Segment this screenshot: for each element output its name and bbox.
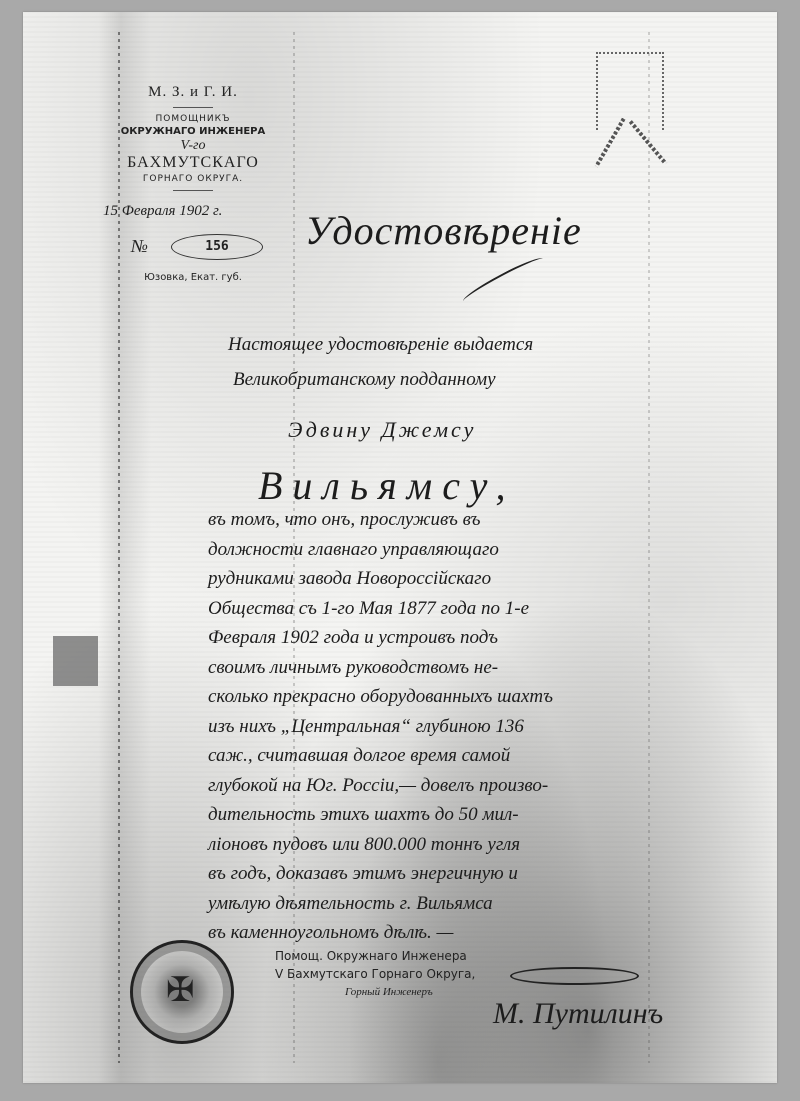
body-line: Общества съ 1-го Мая 1877 года по 1-е [208, 598, 529, 620]
document-number: № 156 [93, 234, 293, 260]
body-line: Февраля 1902 года и устроивъ подъ [208, 627, 498, 649]
signer-title: V Бахмутскаго Горнаго Округа, [275, 965, 475, 983]
divider [173, 190, 213, 191]
body-line: дительность этихъ шахтъ до 50 мил- [208, 804, 519, 826]
recipient-first-name: Эдвину Джемсу [288, 417, 476, 443]
body-line: сколько прекрасно оборудованныхъ шахтъ [208, 686, 553, 708]
divider [173, 107, 213, 108]
body-line: саж., считавшая долгое время самой [208, 745, 510, 767]
body-line: рудниками завода Новороссійскаго [208, 568, 491, 590]
body-line: своимъ личнымъ руководствомъ не- [208, 657, 498, 679]
body-line: глубокой на Юг. Россіи,— довелъ произво- [208, 775, 548, 797]
official-seal-icon: ✠ [130, 940, 234, 1044]
number-sign: № [131, 236, 148, 257]
paper-clip-mark [53, 636, 98, 686]
letterhead-line: ПОМОЩНИКЪ [93, 114, 293, 124]
body-line: умѣлую дѣятельность г. Вильямса [208, 893, 493, 915]
recipient-last-name: Вильямсу, [258, 462, 515, 509]
body-line: изъ нихъ „Центральная“ глубиною 136 [208, 716, 524, 738]
letterhead-line: V-го [93, 138, 293, 154]
document-number-value: 156 [171, 234, 263, 260]
letterhead-city: Юзовка, Екат. губ. [93, 272, 293, 283]
signature-flourish [510, 967, 639, 985]
body-line: ліоновъ пудовъ или 800.000 тоннъ угля [208, 834, 520, 856]
fold-line [648, 32, 650, 1063]
signer-rank: Горный Инженеръ [345, 983, 475, 1001]
letterhead-org: М. З. и Г. И. [93, 84, 293, 101]
issue-date: 15 Февраля 1902 г. [93, 203, 293, 220]
revenue-stamp-icon [596, 52, 664, 130]
body-line: въ каменноугольномъ дѣлѣ. — [208, 922, 453, 944]
signature: М. Путилинъ [493, 997, 663, 1031]
body-line: Великобританскому подданному [233, 369, 496, 391]
body-line: Настоящее удостовѣреніе выдается [228, 334, 533, 356]
signer-title: Помощ. Окружнаго Инженера [275, 947, 475, 965]
letterhead-stamp: М. З. и Г. И. ПОМОЩНИКЪ ОКРУЖНАГО ИНЖЕНЕ… [93, 84, 293, 283]
title-flourish [460, 254, 545, 307]
document-page: М. З. и Г. И. ПОМОЩНИКЪ ОКРУЖНАГО ИНЖЕНЕ… [23, 12, 777, 1083]
eagle-icon: ✠ [166, 970, 195, 1010]
letterhead-line: ГОРНАГО ОКРУГА. [93, 174, 293, 184]
document-title: Удостовѣреніе [305, 207, 582, 254]
letterhead-line: ОКРУЖНАГО ИНЖЕНЕРА [93, 126, 293, 137]
body-line: въ томъ, что онъ, прослуживъ въ [208, 509, 481, 531]
letterhead-line: БАХМУТСКАГО [93, 154, 293, 172]
body-line: въ годъ, доказавъ этимъ энергичную и [208, 863, 518, 885]
body-line: должности главнаго управляющаго [208, 539, 499, 561]
signature-block: Помощ. Окружнаго Инженера V Бахмутскаго … [275, 947, 475, 1001]
